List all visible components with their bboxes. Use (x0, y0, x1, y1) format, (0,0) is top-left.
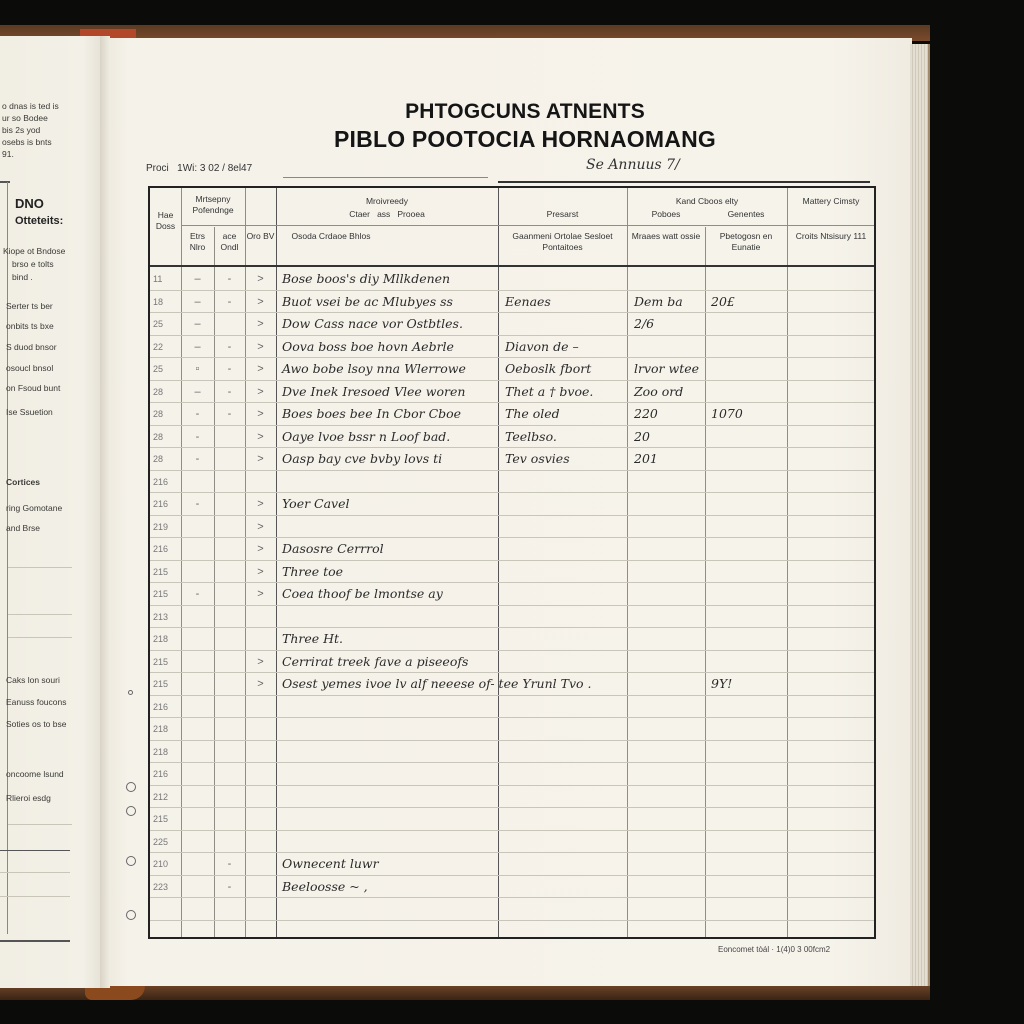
row-ref-number: 216 (153, 470, 181, 493)
row-col-b (214, 560, 245, 583)
row-ref-number: 216 (153, 492, 181, 515)
book-cover-bottom-edge (0, 986, 930, 1000)
cover-burn-mark (85, 986, 145, 1000)
row-measures: 2/6 (634, 312, 654, 335)
row-col-a (181, 537, 214, 560)
row-ref-number: 22 (153, 335, 181, 358)
table-row: 28->Oasp bay cve bvby lovs tiTev osvies2… (150, 447, 874, 470)
table-row: 25–>Dow Cass nace vor Ostbtles.2/6 (150, 312, 874, 335)
binder-hole-icon (126, 856, 136, 866)
row-photogram: 9Y! (711, 672, 732, 695)
row-col-a (181, 717, 214, 740)
left-item: bind . (12, 271, 33, 283)
row-col-a (181, 852, 214, 875)
row-col-c: > (245, 560, 276, 583)
row-col-c: > (245, 582, 276, 605)
row-col-c (245, 605, 276, 628)
left-rule (0, 850, 70, 851)
row-col-a: – (181, 267, 214, 290)
left-item: Rlieroi esdg (6, 792, 51, 804)
intro-line: ur so Bodee (2, 112, 59, 124)
table-row: 216 (150, 470, 874, 493)
row-ref-number: 28 (153, 380, 181, 403)
row-photogram: 20£ (711, 290, 735, 313)
row-description: Oaye lvoe bssr n Loof bad. (282, 425, 450, 448)
row-ref-number: 215 (153, 560, 181, 583)
project-value: 1Wi: 3 02 / 8el47 (177, 163, 252, 174)
row-col-c: > (245, 402, 276, 425)
table-row: 11–->Bose boos's diy Mllkdenen (150, 267, 874, 290)
table-row: 218Three Ht. (150, 627, 874, 650)
intro-line: bis 2s yod (2, 124, 59, 136)
table-row: 216->Yoer Cavel (150, 492, 874, 515)
header-present-sub: Gaanmeni Ortolae Sesloet Pontaitoes (500, 231, 625, 253)
row-description: Oasp bay cve bvby lovs ti (282, 447, 442, 470)
row-ref-number: 215 (153, 672, 181, 695)
header-group-1: Mrtsepny Pofendnge (181, 194, 245, 216)
row-col-c (245, 470, 276, 493)
row-description: Yoer Cavel (282, 492, 350, 515)
row-col-a (181, 672, 214, 695)
table-row: 219> (150, 515, 874, 538)
page-title-line-1: PHTOGCUNS ATNENTS (300, 100, 750, 124)
row-col-b (214, 830, 245, 853)
left-rule (0, 896, 70, 897)
table-row: 216 (150, 695, 874, 718)
left-rule (8, 614, 72, 615)
row-col-a: – (181, 335, 214, 358)
row-col-b (214, 605, 245, 628)
left-item: Eanuss foucons (6, 696, 66, 708)
row-description: Beeloosse ~ , (282, 875, 368, 898)
row-description: Osest yemes ivoe lv alf neeese of- tee Y… (282, 672, 592, 695)
row-col-a: - (181, 447, 214, 470)
row-col-a: - (181, 425, 214, 448)
binder-hole-icon (126, 806, 136, 816)
row-measures: 220 (634, 402, 658, 425)
header-description: Osoda Crdaoe Bhlos (286, 231, 376, 242)
project-underline (283, 177, 488, 178)
row-col-a (181, 627, 214, 650)
row-col-c: > (245, 380, 276, 403)
left-rule (8, 824, 72, 825)
row-col-b: - (214, 852, 245, 875)
row-description: Dasosre Cerrrol (282, 537, 384, 560)
row-ref-number: 18 (153, 290, 181, 313)
row-description: Dve Inek Iresoed Vlee woren (282, 380, 465, 403)
row-col-a (181, 785, 214, 808)
header-col-c: Oro BV (245, 231, 276, 242)
row-col-a (181, 560, 214, 583)
row-col-a: - (181, 402, 214, 425)
left-margin-line (7, 182, 8, 934)
row-col-c: > (245, 335, 276, 358)
row-col-a: – (181, 312, 214, 335)
row-ref-number: 219 (153, 515, 181, 538)
signature: Se Annuus 7/ (586, 157, 680, 173)
row-col-a (181, 897, 214, 920)
row-col-c: > (245, 492, 276, 515)
table-row: 25▫->Awo bobe lsoy nna WlerroweOeboslk f… (150, 357, 874, 380)
row-col-b: - (214, 357, 245, 380)
binder-hole-icon (128, 690, 133, 695)
left-rule (0, 940, 70, 942)
row-measures: 201 (634, 447, 658, 470)
intro-line: osebs is bnts (2, 136, 59, 148)
project-reference: Proci 1Wi: 3 02 / 8el47 (146, 163, 252, 174)
row-present: Tev osvies (505, 447, 570, 470)
left-item: Soties os to bse (6, 718, 66, 730)
left-item: ring Gomotane (6, 502, 62, 514)
left-item: Ise Ssuetion (6, 406, 53, 418)
row-description: Oova boss boe hovn Aebrle (282, 335, 454, 358)
row-ref-number: 28 (153, 425, 181, 448)
row-rule (150, 920, 874, 921)
left-item: brso e tolts (12, 258, 54, 270)
row-col-a (181, 515, 214, 538)
left-item: Serter ts ber (6, 300, 53, 312)
row-ref-number: 216 (153, 762, 181, 785)
row-ref-number: 28 (153, 447, 181, 470)
left-rule (0, 872, 70, 873)
table-row: 216 (150, 762, 874, 785)
left-item: on Fsoud bunt (6, 382, 60, 394)
row-col-c (245, 717, 276, 740)
header-mattery: Mattery Cimsty (787, 196, 875, 207)
header-group-3-a: Poboes (627, 209, 705, 220)
row-col-a (181, 695, 214, 718)
row-col-c (245, 785, 276, 808)
row-col-c: > (245, 290, 276, 313)
row-col-a (181, 875, 214, 898)
row-description: Buot vsei be ac Mlubyes ss (282, 290, 453, 313)
row-col-c: > (245, 312, 276, 335)
row-ref-number: 25 (153, 357, 181, 380)
row-col-a: – (181, 290, 214, 313)
row-ref-number: 213 (153, 605, 181, 628)
row-col-b (214, 627, 245, 650)
row-col-c: > (245, 425, 276, 448)
header-measures: Mraaes watt ossie (631, 231, 701, 242)
left-rule (8, 637, 72, 638)
row-ref-number: 216 (153, 695, 181, 718)
left-subheading: Otteteits: (15, 215, 63, 227)
row-ref-number: 216 (153, 537, 181, 560)
row-present: The oled (505, 402, 560, 425)
row-ref-number: 218 (153, 717, 181, 740)
row-col-a (181, 605, 214, 628)
table-row: 18–->Buot vsei be ac Mlubyes ssEenaesDem… (150, 290, 874, 313)
row-col-b: - (214, 290, 245, 313)
row-col-c (245, 762, 276, 785)
row-ref-number: 28 (153, 402, 181, 425)
left-intro: o dnas is ted is ur so Bodee bis 2s yod … (2, 100, 59, 160)
header-group-3-b: Genentes (705, 209, 787, 220)
row-present: Teelbso. (505, 425, 557, 448)
row-ref-number: 11 (153, 267, 181, 290)
table-row: 216>Dasosre Cerrrol (150, 537, 874, 560)
row-col-a: - (181, 582, 214, 605)
row-col-b (214, 470, 245, 493)
header-present: Presarst (498, 209, 627, 220)
table-row: 223-Beeloosse ~ , (150, 875, 874, 898)
left-item: and Brse (6, 522, 40, 534)
row-ref-number: 215 (153, 650, 181, 673)
row-col-b (214, 312, 245, 335)
row-ref-number: 218 (153, 740, 181, 763)
row-description: Boes boes bee In Cbor Cboe (282, 402, 461, 425)
header-col-a: Etrs Nlro (181, 231, 214, 253)
row-col-b (214, 515, 245, 538)
row-description: Bose boos's diy Mllkdenen (282, 267, 450, 290)
row-ref-number: 210 (153, 852, 181, 875)
table-row: 28->Oaye lvoe bssr n Loof bad.Teelbso.20 (150, 425, 874, 448)
table-row: 22–->Oova boss boe hovn AebrleDiavon de … (150, 335, 874, 358)
left-item: Caks lon souri (6, 674, 60, 686)
row-col-b (214, 492, 245, 515)
signature-underline (498, 181, 870, 183)
table-row: 215>Osest yemes ivoe lv alf neeese of- t… (150, 672, 874, 695)
row-col-b: - (214, 875, 245, 898)
header-photogram: Pbetogosn en Eunatie (709, 231, 783, 253)
row-ref-number (153, 897, 181, 920)
row-description: Three Ht. (282, 627, 343, 650)
row-col-c (245, 830, 276, 853)
row-ref-number: 215 (153, 807, 181, 830)
row-col-b (214, 582, 245, 605)
row-col-c: > (245, 672, 276, 695)
row-col-a (181, 650, 214, 673)
page-stack-edge (910, 44, 930, 986)
intro-line: 91. (2, 148, 59, 160)
row-col-a (181, 740, 214, 763)
row-col-b (214, 740, 245, 763)
row-ref-number: 218 (153, 627, 181, 650)
left-heading: Cortices (6, 476, 40, 488)
row-col-c: > (245, 515, 276, 538)
row-col-a (181, 470, 214, 493)
header-divider (181, 225, 874, 226)
row-col-c (245, 852, 276, 875)
row-ref-number: 223 (153, 875, 181, 898)
row-col-b (214, 717, 245, 740)
row-col-c (245, 740, 276, 763)
row-col-a: ▫ (181, 357, 214, 380)
left-item: S duod bnsor (6, 341, 57, 353)
left-item: osoucl bnsol (6, 362, 53, 374)
row-col-b: - (214, 402, 245, 425)
row-present: Oeboslk fbort (505, 357, 591, 380)
table-row: 28-->Boes boes bee In Cbor CboeThe oled2… (150, 402, 874, 425)
row-col-b: - (214, 335, 245, 358)
row-col-b (214, 537, 245, 560)
row-ref-number: 212 (153, 785, 181, 808)
row-description: Cerrirat treek fave a piseeofs (282, 650, 468, 673)
binder-hole-icon (126, 910, 136, 920)
row-col-c: > (245, 650, 276, 673)
row-description: Coea thoof be lmontse ay (282, 582, 443, 605)
row-present: Diavon de – (505, 335, 579, 358)
row-col-b (214, 897, 245, 920)
left-rule (0, 181, 10, 183)
row-col-c (245, 897, 276, 920)
row-col-b (214, 425, 245, 448)
table-row: 215->Coea thoof be lmontse ay (150, 582, 874, 605)
row-ref-number: 25 (153, 312, 181, 335)
row-col-c: > (245, 447, 276, 470)
row-present: Eenaes (505, 290, 551, 313)
header-ref-doss: Hae Doss (150, 210, 181, 232)
row-col-c (245, 627, 276, 650)
row-description: Awo bobe lsoy nna Wlerrowe (282, 357, 466, 380)
row-present: Thet a † bvoe. (505, 380, 593, 403)
row-col-c: > (245, 267, 276, 290)
row-col-b: - (214, 380, 245, 403)
row-col-c: > (245, 357, 276, 380)
row-col-c: > (245, 537, 276, 560)
row-col-b (214, 650, 245, 673)
row-col-c (245, 807, 276, 830)
table-row: 218 (150, 717, 874, 740)
row-col-a (181, 762, 214, 785)
header-col-b: ace Ondl (214, 231, 245, 253)
table-row: 215>Three toe (150, 560, 874, 583)
binder-hole-icon (126, 782, 136, 792)
book-gutter (100, 36, 110, 988)
intro-line: o dnas is ted is (2, 100, 59, 112)
row-col-b (214, 672, 245, 695)
footer-note: Eoncomet tòál · 1(4)0 3 00fcm2 (718, 945, 830, 954)
table-row: 212 (150, 785, 874, 808)
table-row: 28–->Dve Inek Iresoed Vlee worenThet a †… (150, 380, 874, 403)
table-row: 215>Cerrirat treek fave a piseeofs (150, 650, 874, 673)
row-col-a: - (181, 492, 214, 515)
row-col-c (245, 875, 276, 898)
row-measures: Zoo ord (634, 380, 683, 403)
row-ref-number: 225 (153, 830, 181, 853)
row-description: Ownecent luwr (282, 852, 379, 875)
table-row: 225 (150, 830, 874, 853)
page-title-line-2: PIBLO POOTOCIA HORNAOMANG (300, 126, 750, 153)
header-group-2: Mroivreedy (276, 196, 498, 207)
row-ref-number: 215 (153, 582, 181, 605)
table-row: 210-Ownecent luwr (150, 852, 874, 875)
header-group-2-sub: Ctaer ass Prooea (276, 209, 498, 220)
left-rule (8, 567, 72, 568)
row-col-c (245, 695, 276, 718)
project-label: Proci (146, 163, 169, 174)
row-col-b (214, 807, 245, 830)
row-col-a: – (181, 380, 214, 403)
left-item: onbits ts bxe (6, 320, 54, 332)
row-measures: 20 (634, 425, 650, 448)
table-row (150, 897, 874, 920)
left-heading: DNO (15, 196, 44, 211)
table-row: 215 (150, 807, 874, 830)
row-measures: lrvor wtee (634, 357, 699, 380)
row-photogram: 1070 (711, 402, 743, 425)
table-row: 218 (150, 740, 874, 763)
row-col-a (181, 807, 214, 830)
row-col-b (214, 695, 245, 718)
row-col-b (214, 447, 245, 470)
row-description: Dow Cass nace vor Ostbtles. (282, 312, 463, 335)
row-col-a (181, 830, 214, 853)
row-col-b: - (214, 267, 245, 290)
left-item: Kiope ot Bndose (3, 245, 65, 257)
row-measures: Dem ba (634, 290, 683, 313)
ledger-table: Hae Doss Mrtsepny Pofendnge Etrs Nlro ac… (148, 186, 876, 939)
header-mattery-sub: Croits Ntsisury 111 (791, 231, 871, 242)
left-item: oncoome lsund (6, 768, 64, 780)
header-group-3: Kand Cboos elty (627, 196, 787, 207)
row-description: Three toe (282, 560, 343, 583)
row-col-b (214, 785, 245, 808)
table-row: 213 (150, 605, 874, 628)
row-col-b (214, 762, 245, 785)
